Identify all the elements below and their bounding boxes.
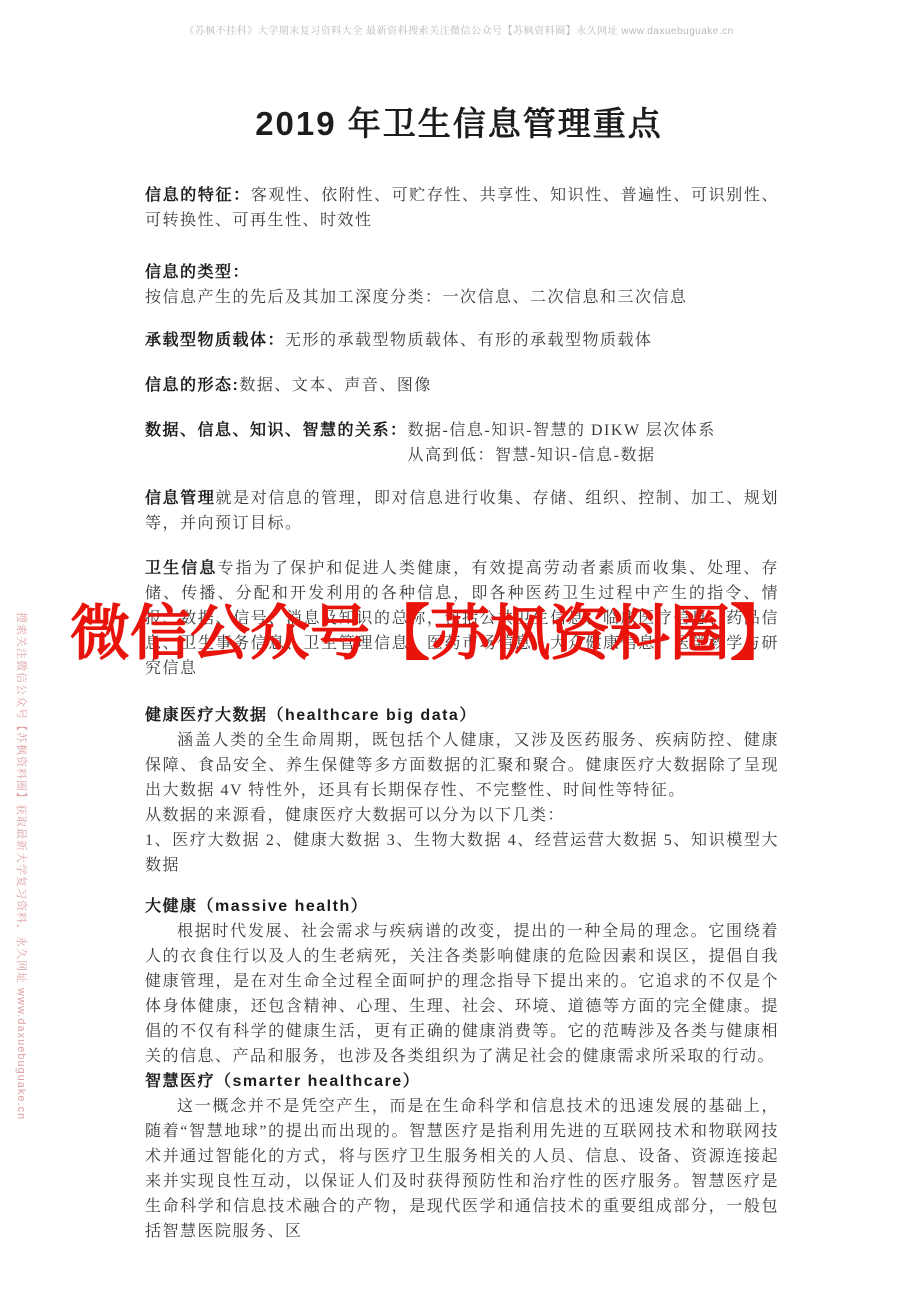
page-title: 2019 年卫生信息管理重点 [0,98,918,145]
section-healthcare-big-data: 健康医疗大数据（healthcare big data） 涵盖人类的全生命周期，… [145,703,779,878]
section-text: 数据、文本、声音、图像 [239,377,432,394]
section-smart-healthcare: 智慧医疗（smarter healthcare） 这一概念并不是凭空产生，而是在… [145,1069,779,1244]
section-text: 按信息产生的先后及其加工深度分类：一次信息、二次信息和三次信息 [145,285,779,310]
section-heading: 健康医疗大数据（healthcare big data） [145,703,779,728]
section-text: 无形的承载型物质载体、有形的承载型物质载体 [285,332,653,349]
section-massive-health: 大健康（massive health） 根据时代发展、社会需求与疾病谱的改变，提… [145,894,779,1069]
section-lead: 承载型物质载体： [145,332,285,349]
section-lead: 信息管理 [145,490,215,507]
section-text: 就是对信息的管理，即对信息进行收集、存储、组织、控制、加工、规划等，并向预订目标… [145,490,779,532]
section-lead: 信息的类型： [145,264,250,281]
section-heading: 智慧医疗（smarter healthcare） [145,1069,779,1094]
section-dikw: 数据、信息、知识、智慧的关系： 数据-信息-知识-智慧的 DIKW 层次体系 从… [145,418,779,468]
section-text-line3: 1、医疗大数据 2、健康大数据 3、生物大数据 4、经营运营大数据 5、知识模型… [145,828,779,878]
section-lead: 信息的形态: [145,377,239,394]
section-lead: 信息的特征： [145,187,251,204]
section-lead: 卫生信息 [145,560,218,577]
section-text: 根据时代发展、社会需求与疾病谱的改变，提出的一种全局的理念。它围绕着人的衣食住行… [145,919,779,1069]
section-info-features: 信息的特征：客观性、依附性、可贮存性、共享性、知识性、普遍性、可识别性、可转换性… [145,183,779,233]
section-carrier: 承载型物质载体：无形的承载型物质载体、有形的承载型物质载体 [145,328,779,353]
section-text: 这一概念并不是凭空产生，而是在生命科学和信息技术的迅速发展的基础上，随着“智慧地… [145,1094,779,1244]
section-info-forms: 信息的形态:数据、文本、声音、图像 [145,373,779,398]
section-text: 涵盖人类的全生命周期，既包括个人健康，又涉及医药服务、疾病防控、健康保障、食品安… [145,728,779,803]
dikw-line1: 数据-信息-知识-智慧的 DIKW 层次体系 [408,422,716,439]
section-info-types: 信息的类型： 按信息产生的先后及其加工深度分类：一次信息、二次信息和三次信息 [145,260,779,310]
section-info-management: 信息管理就是对信息的管理，即对信息进行收集、存储、组织、控制、加工、规划等，并向… [145,486,779,536]
left-vertical-note: 搜索关注微信公众号【苏枫资料圈】获取最新大学复习资料，永久网址 www.daxu… [14,612,30,1120]
section-heading: 大健康（massive health） [145,894,779,919]
dikw-line2: 从高到低：智慧-知识-信息-数据 [408,447,656,464]
section-text-line2: 从数据的来源看，健康医疗大数据可以分为以下几类： [145,803,779,828]
document-page: 《苏枫不挂科》大学期末复习资料大全 最新资料搜索关注微信公众号【苏枫资料圈】永久… [0,0,918,1298]
section-lead: 数据、信息、知识、智慧的关系： [145,418,408,443]
document-body: 信息的特征：客观性、依附性、可贮存性、共享性、知识性、普遍性、可识别性、可转换性… [145,183,779,1244]
page-header-note: 《苏枫不挂科》大学期末复习资料大全 最新资料搜索关注微信公众号【苏枫资料圈】永久… [0,22,918,37]
red-watermark: 微信公众号【苏枫资料圈】 [70,596,790,671]
